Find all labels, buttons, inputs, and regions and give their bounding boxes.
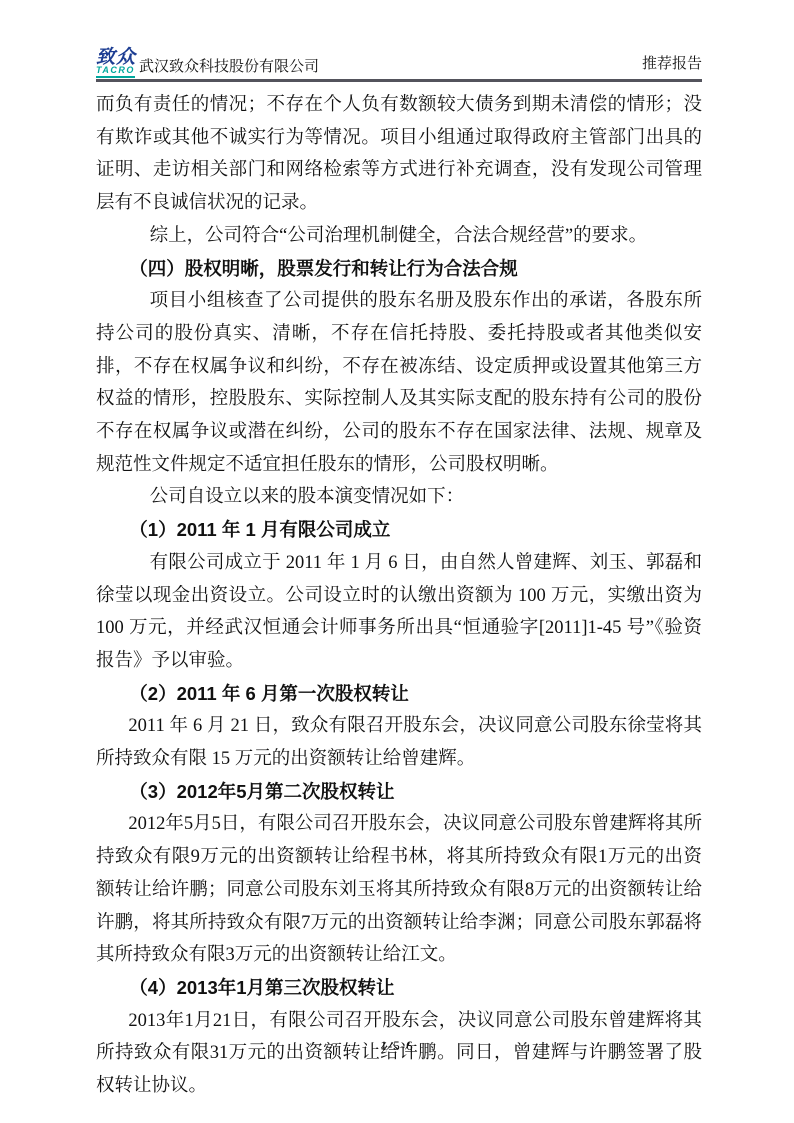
section-heading: （2）2011 年 6 月第一次股权转让: [96, 678, 702, 711]
doc-type-label: 推荐报告: [642, 55, 702, 79]
paragraph: 综上，公司符合“公司治理机制健全，合法合规经营”的要求。: [96, 220, 702, 253]
section-heading: （1）2011 年 1 月有限公司成立: [96, 514, 702, 547]
logo-cn-text: 致众: [96, 49, 136, 66]
logo-en-text: TACRO: [96, 66, 135, 78]
paragraph: 而负有责任的情况；不存在个人负有数额较大债务到期未清偿的情形；没有欺诈或其他不诚…: [96, 89, 702, 220]
paragraph: 2011 年 6 月 21 日，致众有限召开股东会，决议同意公司股东徐莹将其所持…: [96, 710, 702, 775]
company-logo: 致众 TACRO: [96, 49, 136, 79]
section-heading: （4）2013年1月第三次股权转让: [96, 972, 702, 1005]
paragraph: 项目小组核查了公司提供的股东名册及股东作出的承诺，各股东所持公司的股份真实、清晰…: [96, 285, 702, 481]
section-heading: （3）2012年5月第二次股权转让: [96, 776, 702, 809]
page-footer: 1-5-6: [0, 1038, 794, 1054]
paragraph: 有限公司成立于 2011 年 1 月 6 日，由自然人曾建辉、刘玉、郭磊和徐莹以…: [96, 547, 702, 678]
company-name: 武汉致众科技股份有限公司: [139, 58, 319, 79]
document-body: 而负有责任的情况；不存在个人负有数额较大债务到期未清偿的情形；没有欺诈或其他不诚…: [96, 89, 702, 1103]
document-page: 致众 TACRO 武汉致众科技股份有限公司 推荐报告 而负有责任的情况；不存在个…: [0, 0, 794, 1123]
page-header: 致众 TACRO 武汉致众科技股份有限公司 推荐报告: [96, 44, 702, 82]
paragraph: 公司自设立以来的股本演变情况如下：: [96, 481, 702, 514]
paragraph: 2012年5月5日，有限公司召开股东会，决议同意公司股东曾建辉将其所持致众有限9…: [96, 808, 702, 972]
page-number: 1-5-6: [380, 1038, 413, 1053]
section-heading: （四）股权明晰，股票发行和转让行为合法合规: [96, 253, 702, 286]
